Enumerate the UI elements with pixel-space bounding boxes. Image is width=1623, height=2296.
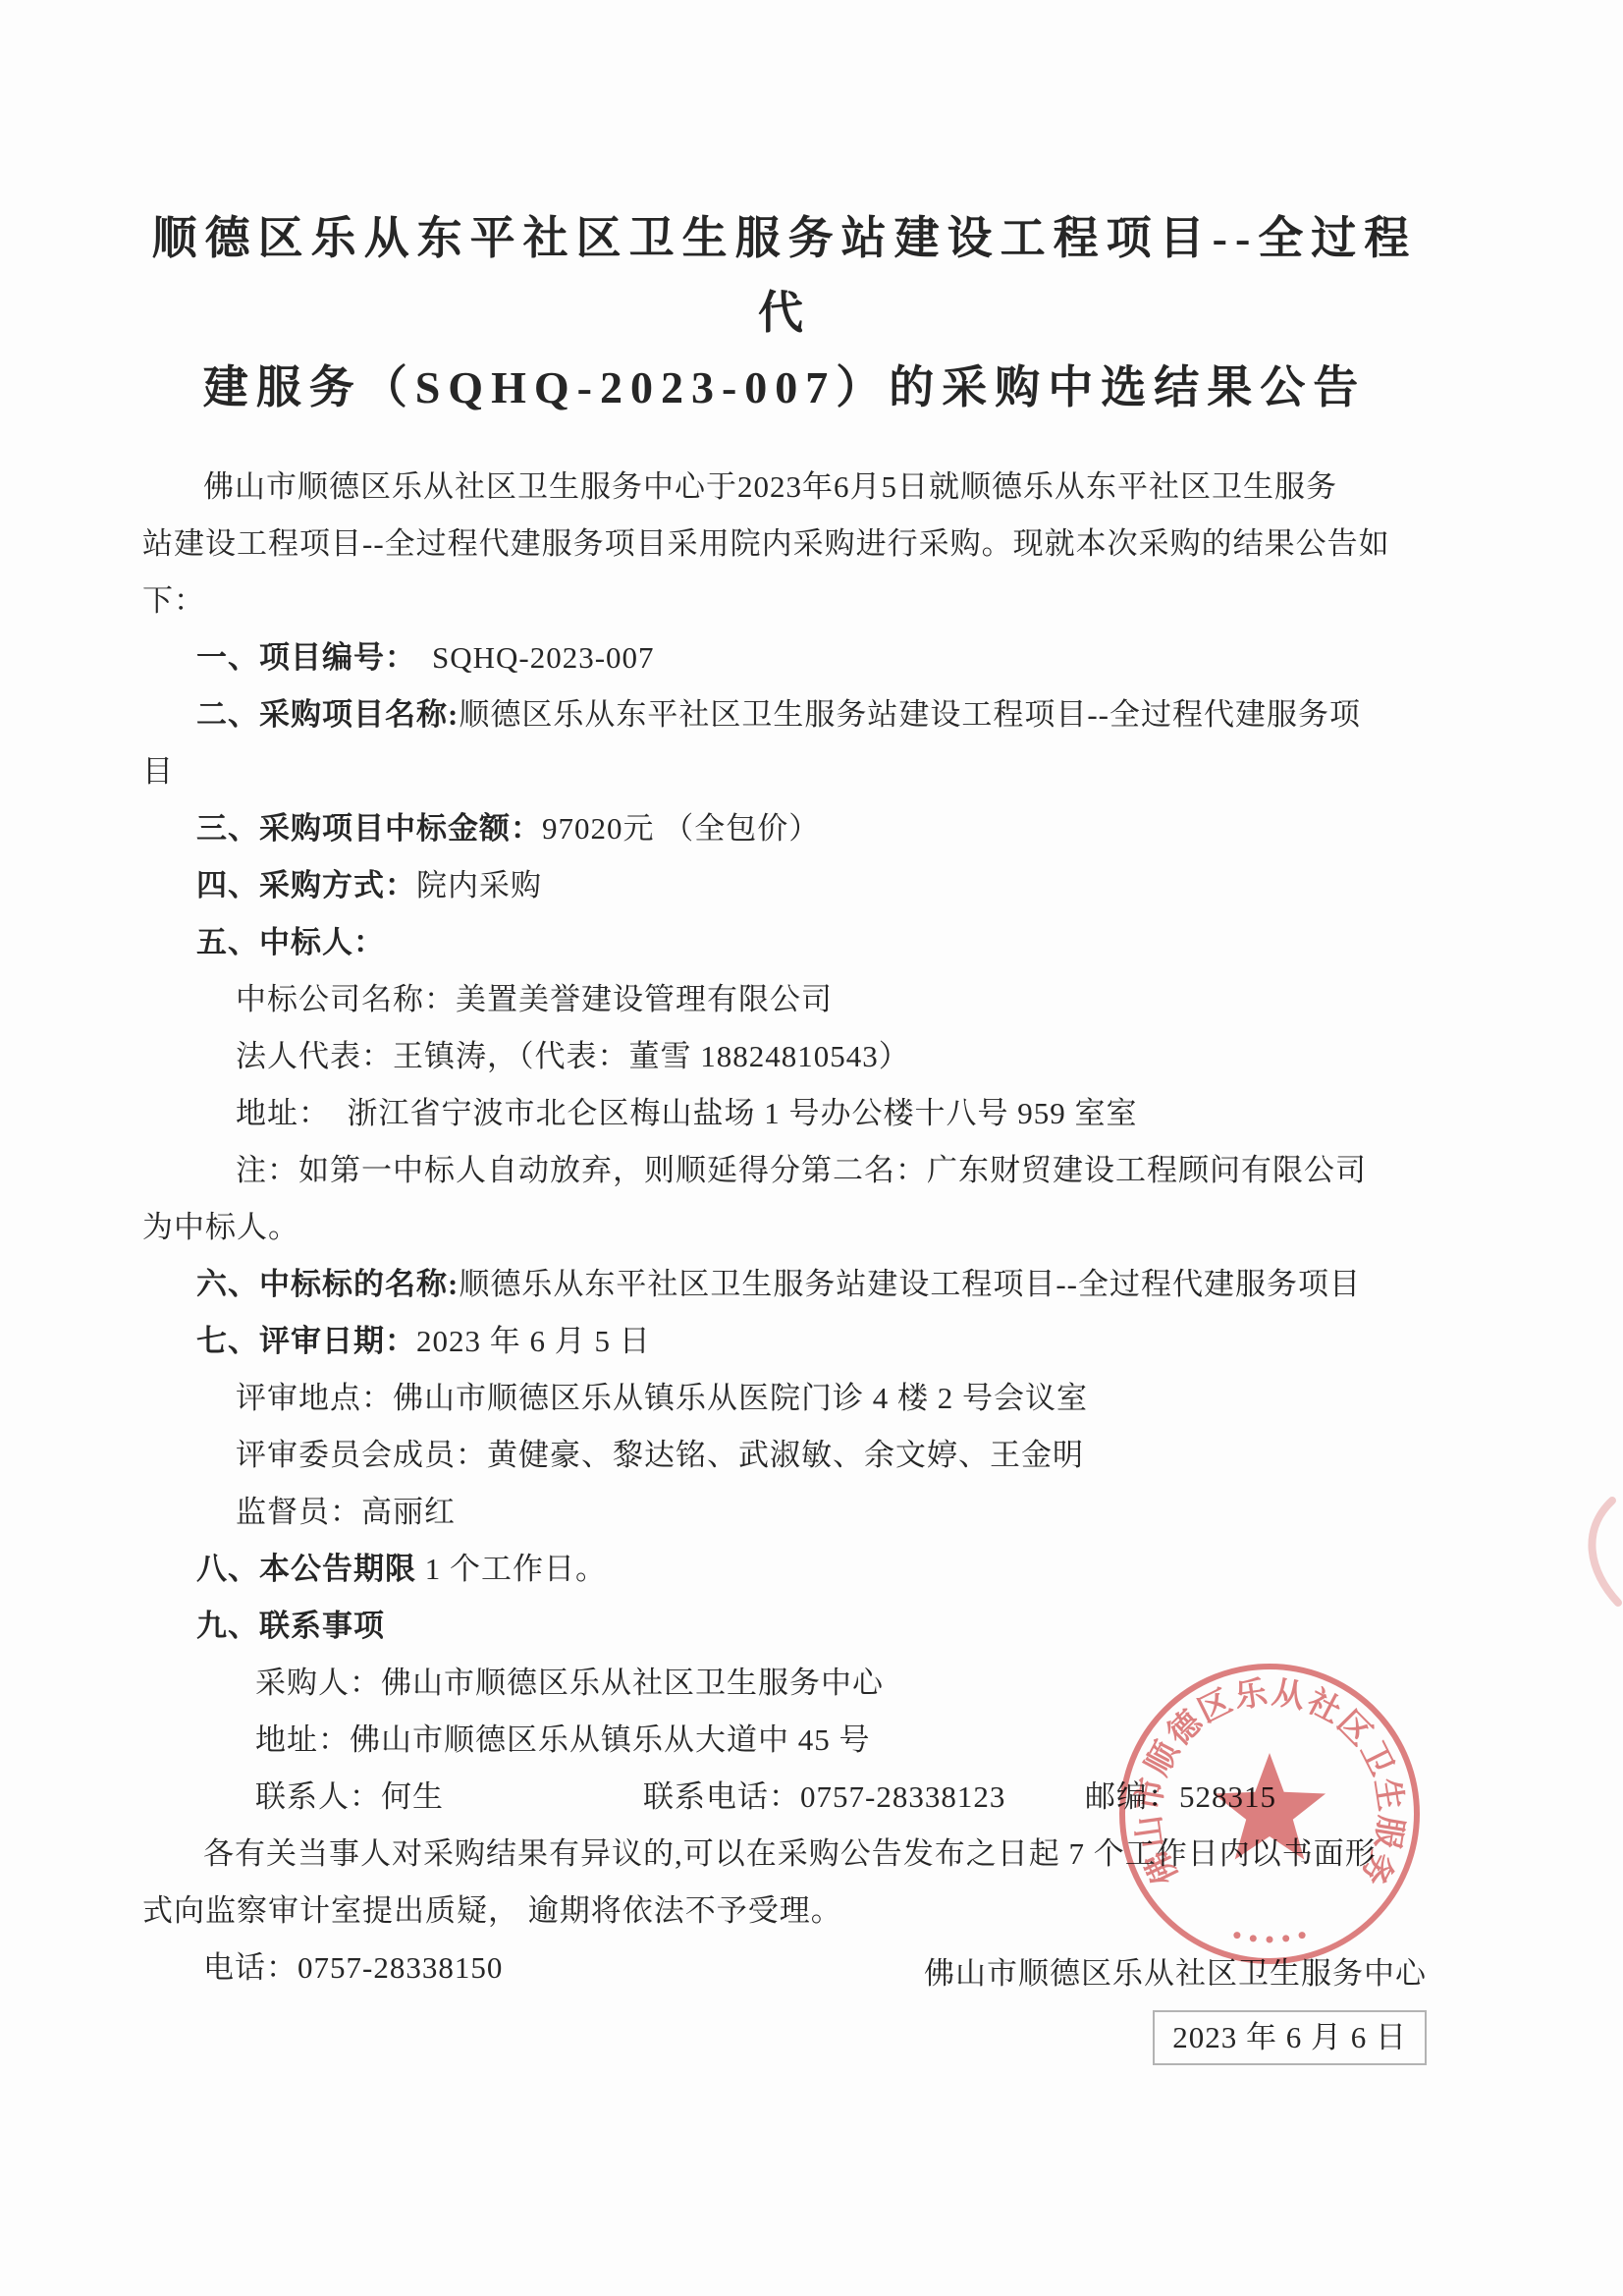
document-page: 顺德区乐从东平社区卫生服务站建设工程项目--全过程代建服务（SQHQ-2023-…: [0, 0, 1623, 2296]
title-line-2: 建服务（SQHQ-2023-007）的采购中选结果公告: [203, 362, 1367, 412]
item-contact-heading: 九、联系事项: [142, 1598, 1427, 1655]
intro-line-2: 站建设工程项目--全过程代建服务项目采用院内采购进行采购。现就本次采购的结果公告…: [142, 516, 1427, 573]
intro-line-3: 下：: [142, 573, 1427, 629]
review-location: 评审地点：佛山市顺德区乐从镇乐从医院门诊 4 楼 2 号会议室: [142, 1370, 1427, 1427]
winner-note-line2: 为中标人。: [142, 1199, 1427, 1256]
item-notice-period: 八、本公告期限 1 个工作日。: [142, 1541, 1427, 1598]
item-review-date-label: 七、评审日期：: [196, 1324, 416, 1358]
item-award-amount-label: 三、采购项目中标金额：: [196, 811, 542, 846]
item-contact-heading-label: 九、联系事项: [196, 1609, 385, 1643]
item-award-subject-label: 六、中标标的名称:: [196, 1267, 459, 1301]
intro-line-1: 佛山市顺德区乐从社区卫生服务中心于2023年6月5日就顺德乐从东平社区卫生服务: [142, 459, 1427, 516]
item-notice-period-value: 1 个工作日。: [416, 1552, 607, 1586]
item-procurement-method: 四、采购方式：院内采购: [142, 857, 1427, 914]
review-committee: 评审委员会成员：黄健豪、黎达铭、武淑敏、余文婷、王金明: [142, 1427, 1427, 1484]
stamp-stray-mark: [1543, 1493, 1623, 1611]
review-supervisor: 监督员：高丽红: [142, 1484, 1427, 1541]
item-procurement-method-label: 四、采购方式：: [196, 868, 416, 902]
winner-company: 中标公司名称：美置美誉建设管理有限公司: [142, 971, 1427, 1028]
item-project-name-label: 二、采购项目名称:: [196, 697, 459, 732]
item-project-name-value-line2: 目: [142, 743, 1427, 800]
item-project-name: 二、采购项目名称:顺德区乐从东平社区卫生服务站建设工程项目--全过程代建服务项: [142, 686, 1427, 743]
page-title: 顺德区乐从东平社区卫生服务站建设工程项目--全过程代建服务（SQHQ-2023-…: [142, 201, 1427, 425]
title-line-1: 顺德区乐从东平社区卫生服务站建设工程项目--全过程代: [152, 213, 1418, 338]
item-review-date: 七、评审日期：2023 年 6 月 5 日: [142, 1313, 1427, 1370]
official-seal-stamp: 佛山市顺德区乐从社区卫生服务中心: [1108, 1652, 1432, 1976]
item-project-number: 一、项目编号：SQHQ-2023-007: [142, 629, 1427, 686]
winner-address: 地址： 浙江省宁波市北仑区梅山盐场 1 号办公楼十八号 959 室室: [142, 1085, 1427, 1142]
star-icon: [1214, 1753, 1325, 1860]
item-award-amount: 三、采购项目中标金额：97020元 （全包价）: [142, 800, 1427, 857]
item-project-name-value-line1: 顺德区乐从东平社区卫生服务站建设工程项目--全过程代建服务项: [459, 697, 1361, 732]
item-procurement-method-value: 院内采购: [416, 868, 542, 902]
item-review-date-value: 2023 年 6 月 5 日: [416, 1324, 651, 1358]
contact-phone: 联系电话：0757-28338123: [643, 1769, 1085, 1826]
item-notice-period-label: 八、本公告期限: [196, 1552, 416, 1586]
winner-note-line1: 注：如第一中标人自动放弃，则顺延得分第二名：广东财贸建设工程顾问有限公司: [142, 1142, 1427, 1199]
item-award-subject-value: 顺德乐从东平社区卫生服务站建设工程项目--全过程代建服务项目: [459, 1267, 1361, 1301]
item-winner-heading-label: 五、中标人：: [196, 925, 385, 959]
item-winner-heading: 五、中标人：: [142, 914, 1427, 971]
item-project-number-label: 一、项目编号：: [196, 640, 416, 675]
winner-legal-rep: 法人代表：王镇涛，（代表：董雪 18824810543）: [142, 1028, 1427, 1085]
item-project-number-value: SQHQ-2023-007: [432, 640, 655, 675]
item-award-amount-value: 97020元 （全包价）: [542, 811, 820, 846]
item-award-subject: 六、中标标的名称:顺德乐从东平社区卫生服务站建设工程项目--全过程代建服务项目: [142, 1256, 1427, 1313]
closing-date: 2023 年 6 月 6 日: [1153, 2010, 1427, 2065]
stamp-ring-text: 佛山市顺德区乐从社区卫生服务中心: [1108, 1652, 1409, 1892]
contact-person: 联系人：何生: [255, 1769, 643, 1826]
stamp-code-dots: [1233, 1932, 1305, 1942]
